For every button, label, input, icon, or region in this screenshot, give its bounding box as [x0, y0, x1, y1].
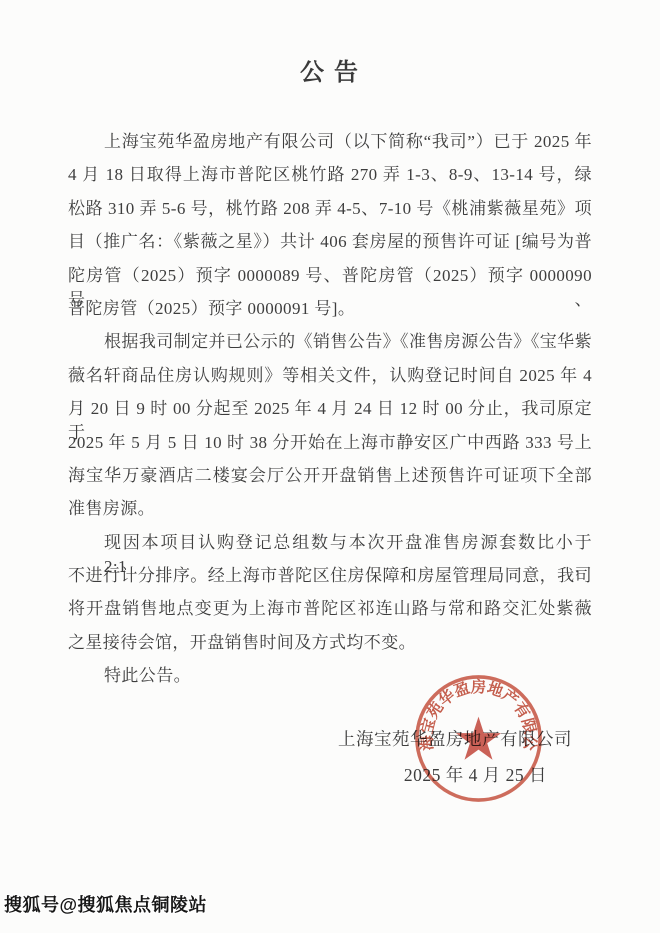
body-line-8: 薇名轩商品住房认购规则》等相关文件，认购登记时间自 2025 年 4	[68, 364, 592, 397]
body-line-10: 2025 年 5 月 5 日 10 时 38 分开始在上海市静安区广中西路 33…	[68, 431, 592, 464]
watermark-sohu: 搜狐号@搜狐焦点铜陵站	[4, 891, 207, 917]
body-line-11: 海宝华万豪酒店二楼宴会厅公开开盘销售上述预售许可证项下全部	[68, 464, 592, 497]
body-line-4: 目（推广名：《紫薇之星》）共计 406 套房屋的预售许可证 [编号为普	[68, 230, 592, 263]
announcement-document: 公 告 上海宝苑华盈房地产有限公司（以下简称“我司”）已于 2025 年 4 月…	[0, 0, 660, 933]
body-line-9: 月 20 日 9 时 00 分起至 2025 年 4 月 24 日 12 时 0…	[68, 397, 592, 430]
body-line-3: 松路 310 弄 5-6 号，桃竹路 208 弄 4-5、7-10 号《桃浦紫薇…	[68, 197, 592, 230]
body-line-5: 陀房管（2025）预字 0000089 号、普陀房管（2025）预字 00000…	[68, 264, 592, 297]
body-line-1: 上海宝苑华盈房地产有限公司（以下简称“我司”）已于 2025 年	[68, 130, 592, 163]
seal-star	[456, 717, 501, 760]
body-line-14: 不进行计分排序。经上海市普陀区住房保障和房屋管理局同意，我司	[68, 564, 592, 597]
document-body: 上海宝苑华盈房地产有限公司（以下简称“我司”）已于 2025 年 4 月 18 …	[68, 130, 592, 698]
body-line-15: 将开盘销售地点变更为上海市普陀区祁连山路与常和路交汇处紫薇	[68, 597, 592, 630]
body-line-12: 准售房源。	[68, 497, 592, 530]
body-line-13: 现因本项目认购登记总组数与本次开盘准售房源套数比小于 2:1，	[68, 531, 592, 564]
body-line-16: 之星接待会馆，开盘销售时间及方式均不变。	[68, 631, 592, 664]
document-title: 公 告	[0, 52, 660, 87]
company-seal: 上海宝苑华盈房地产有限公司	[409, 669, 548, 808]
body-line-7: 根据我司制定并已公示的《销售公告》《准售房源公告》《宝华紫	[68, 330, 592, 363]
body-line-2: 4 月 18 日取得上海市普陀区桃竹路 270 弄 1-3、8-9、13-14 …	[68, 163, 592, 196]
